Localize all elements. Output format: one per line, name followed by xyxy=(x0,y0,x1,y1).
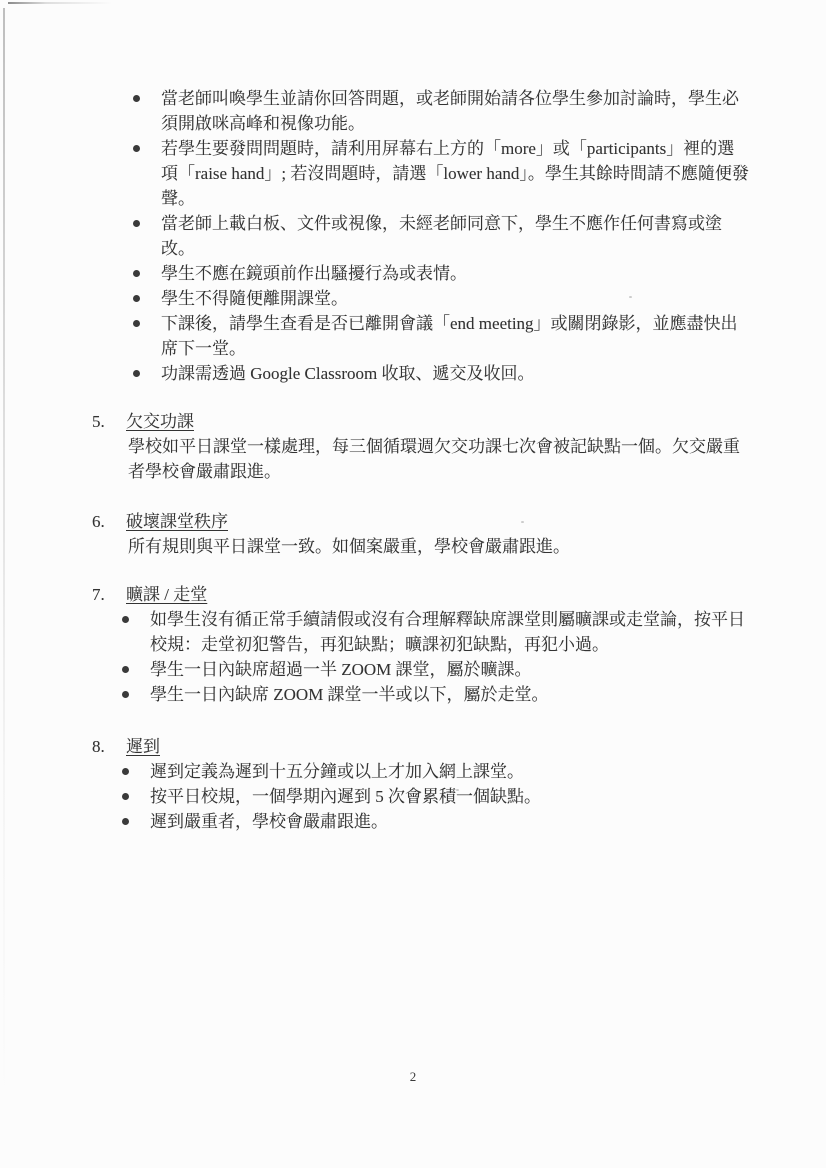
bullet-icon xyxy=(133,270,140,277)
bullet-icon xyxy=(133,220,140,227)
list-item-text: 學生一日內缺席超過一半 ZOOM 課堂，屬於曠課。 xyxy=(150,657,826,682)
list-item: 當老師叫喚學生並請你回答問題，或老師開始請各位學生參加討論時，學生必 須開啟咪高… xyxy=(0,86,826,136)
bullet-icon xyxy=(122,793,129,800)
section-title: 曠課 / 走堂 xyxy=(126,585,207,604)
section-title: 破壞課堂秩序 xyxy=(126,512,228,531)
list-item-text: 席下一堂。 xyxy=(161,336,826,361)
list-item-text: 下課後，請學生查看是否已離開會議「end meeting」或關閉錄影，並應盡快出 xyxy=(161,311,826,336)
bullet-icon xyxy=(122,666,129,673)
list-item: 若學生要發問問題時，請利用屏幕右上方的「more」或「participants」… xyxy=(0,136,826,211)
section-heading: 7. 曠課 / 走堂 xyxy=(0,582,826,607)
section-number: 5. xyxy=(92,409,105,434)
bullet-icon xyxy=(122,768,129,775)
bullet-icon xyxy=(133,320,140,327)
section-title: 遲到 xyxy=(126,737,160,756)
list-item-text: 學生不得隨便離開課堂。 xyxy=(161,286,826,311)
section-lateness: 8. 遲到 遲到定義為遲到十五分鐘或以上才加入網上課堂。 按平日校規，一個學期內… xyxy=(0,734,826,834)
list-item: 遲到嚴重者，學校會嚴肅跟進。 xyxy=(0,809,826,834)
section-heading: 8. 遲到 xyxy=(0,734,826,759)
section-number: 6. xyxy=(92,509,105,534)
bullet-icon xyxy=(122,818,129,825)
list-item: 當老師上載白板、文件或視像，未經老師同意下，學生不應作任何書寫或塗 改。 xyxy=(0,211,826,261)
section-paragraph: 者學校會嚴肅跟進。 xyxy=(0,459,826,484)
section-title: 欠交功課 xyxy=(126,412,194,431)
list-item: 遲到定義為遲到十五分鐘或以上才加入網上課堂。 xyxy=(0,759,826,784)
section-paragraph: 學校如平日課堂一樣處理，每三個循環週欠交功課七次會被記缺點一個。欠交嚴重 xyxy=(0,434,826,459)
list-item-text: 聲。 xyxy=(161,186,826,211)
list-item-text: 若學生要發問問題時，請利用屏幕右上方的「more」或「participants」… xyxy=(161,136,826,161)
section-class-disruption: 6. 破壞課堂秩序 所有規則與平日課堂一致。如個案嚴重，學校會嚴肅跟進。 xyxy=(0,509,826,559)
section-number: 8. xyxy=(92,734,105,759)
list-item-text: 當老師上載白板、文件或視像，未經老師同意下，學生不應作任何書寫或塗 xyxy=(161,211,826,236)
list-item: 按平日校規，一個學期內遲到 5 次會累積一個缺點。 xyxy=(0,784,826,809)
section-heading: 5. 欠交功課 xyxy=(0,409,826,434)
section-truancy: 7. 曠課 / 走堂 如學生沒有循正常手續請假或沒有合理解釋缺席課堂則屬曠課或走… xyxy=(0,582,826,707)
list-item: 學生不應在鏡頭前作出騷擾行為或表情。 xyxy=(0,261,826,286)
list-item-text: 須開啟咪高峰和視像功能。 xyxy=(161,111,826,136)
section-paragraph: 所有規則與平日課堂一致。如個案嚴重，學校會嚴肅跟進。 xyxy=(0,534,826,559)
list-item-text: 功課需透過 Google Classroom 收取、遞交及收回。 xyxy=(161,361,826,386)
list-item-text: 按平日校規，一個學期內遲到 5 次會累積一個缺點。 xyxy=(150,784,826,809)
list-item-text: 學生一日內缺席 ZOOM 課堂一半或以下，屬於走堂。 xyxy=(150,682,826,707)
list-item-text: 遲到定義為遲到十五分鐘或以上才加入網上課堂。 xyxy=(150,759,826,784)
section-missing-homework: 5. 欠交功課 學校如平日課堂一樣處理，每三個循環週欠交功課七次會被記缺點一個。… xyxy=(0,409,826,484)
bullet-icon xyxy=(133,145,140,152)
list-item: 學生一日內缺席 ZOOM 課堂一半或以下，屬於走堂。 xyxy=(0,682,826,707)
list-item: 如學生沒有循正常手續請假或沒有合理解釋缺席課堂則屬曠課或走堂論，按平日 校規：走… xyxy=(0,607,826,657)
list-item-text: 校規：走堂初犯警告，再犯缺點；曠課初犯缺點，再犯小過。 xyxy=(150,632,826,657)
list-item-text: 改。 xyxy=(161,236,826,261)
list-item-text: 學生不應在鏡頭前作出騷擾行為或表情。 xyxy=(161,261,826,286)
section-number: 7. xyxy=(92,582,105,607)
list-item: 學生一日內缺席超過一半 ZOOM 課堂，屬於曠課。 xyxy=(0,657,826,682)
list-item-text: 當老師叫喚學生並請你回答問題，或老師開始請各位學生參加討論時，學生必 xyxy=(161,86,826,111)
bullet-icon xyxy=(133,95,140,102)
document-page: 當老師叫喚學生並請你回答問題，或老師開始請各位學生參加討論時，學生必 須開啟咪高… xyxy=(0,0,826,1168)
bullet-icon xyxy=(133,295,140,302)
list-item: 功課需透過 Google Classroom 收取、遞交及收回。 xyxy=(0,361,826,386)
list-item-text: 項「raise hand」; 若沒問題時，請選「lower hand」。學生其餘… xyxy=(161,161,826,186)
list-item-text: 遲到嚴重者，學校會嚴肅跟進。 xyxy=(150,809,826,834)
section-heading: 6. 破壞課堂秩序 xyxy=(0,509,826,534)
document-content: 當老師叫喚學生並請你回答問題，或老師開始請各位學生參加討論時，學生必 須開啟咪高… xyxy=(0,0,826,834)
scan-artifact-top-edge xyxy=(8,2,118,4)
bullet-icon xyxy=(133,370,140,377)
bullet-icon xyxy=(122,616,129,623)
list-item: 學生不得隨便離開課堂。 xyxy=(0,286,826,311)
page-number: 2 xyxy=(0,1069,826,1085)
list-item-text: 如學生沒有循正常手續請假或沒有合理解釋缺席課堂則屬曠課或走堂論，按平日 xyxy=(150,607,826,632)
bullet-icon xyxy=(122,691,129,698)
list-item: 下課後，請學生查看是否已離開會議「end meeting」或關閉錄影，並應盡快出… xyxy=(0,311,826,361)
